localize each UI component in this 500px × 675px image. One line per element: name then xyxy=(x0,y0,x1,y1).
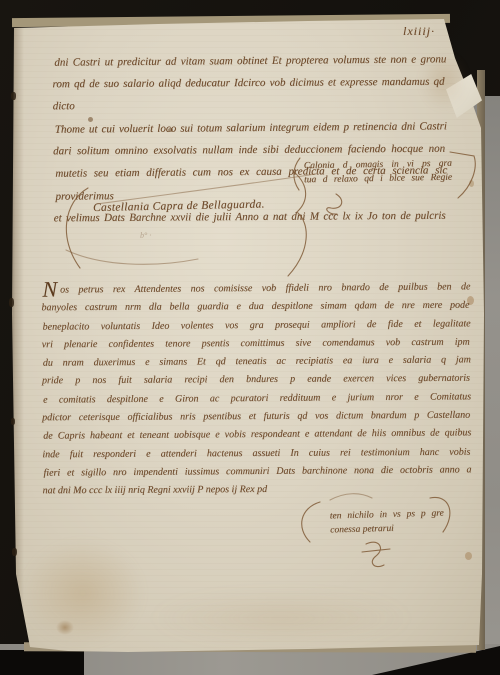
text-line: beneplacito voluntatis Ideo volentes vos… xyxy=(43,315,471,337)
registration-note: ten nichilo in vs ps p gre conessa petra… xyxy=(330,507,445,538)
text-line: Thome ut cui voluerit loco sui totum sal… xyxy=(55,115,447,141)
text-line: du nram duxerimus e simans Et qd teneati… xyxy=(43,352,471,374)
text-line: conessa petrarui xyxy=(330,521,444,538)
text-line: e comitatis despitlone e Giron ac pcurat… xyxy=(43,388,471,410)
sewing-station xyxy=(11,92,16,100)
text-line: nat dni Mo ccc lx iiij nriq Regni xxviij… xyxy=(43,481,300,501)
foxing-spot xyxy=(465,552,472,560)
backdrop-corner-bottom-left xyxy=(0,650,84,675)
foxing-spot xyxy=(469,180,474,187)
binding-gutter-shadow xyxy=(8,14,24,654)
sewing-station xyxy=(12,548,17,556)
folio-number: lxiiij· xyxy=(403,24,449,39)
text-line: de Capris habeant et teneant uobisque e … xyxy=(43,425,471,447)
sewing-station xyxy=(9,298,14,307)
sewing-station xyxy=(11,418,15,425)
text-line: fieri et sigillo nro impendenti iussimus… xyxy=(43,461,471,483)
text-line: banyoles castrum nrm dla bella guardia e… xyxy=(41,297,469,318)
text-line: tua d relaxo qd i blce sue Regie xyxy=(304,171,452,187)
margin-note-right: Calonia d omagis in vi ps gra tua d rela… xyxy=(304,158,452,188)
text-line: rom qd de suo salario aliqd deducatur Id… xyxy=(52,71,444,118)
paragraph-main-grant: Nos petrus rex Attendentes nos comisisse… xyxy=(41,279,470,501)
text-line: ten nichilo in vs ps p gre xyxy=(330,507,444,524)
text-line: Nos petrus rex Attendentes nos comisisse… xyxy=(42,278,470,300)
faint-mark: b° · xyxy=(140,231,151,240)
manuscript-photo: lxiiij· dni Castri ut predicitur ad vita… xyxy=(0,0,500,675)
